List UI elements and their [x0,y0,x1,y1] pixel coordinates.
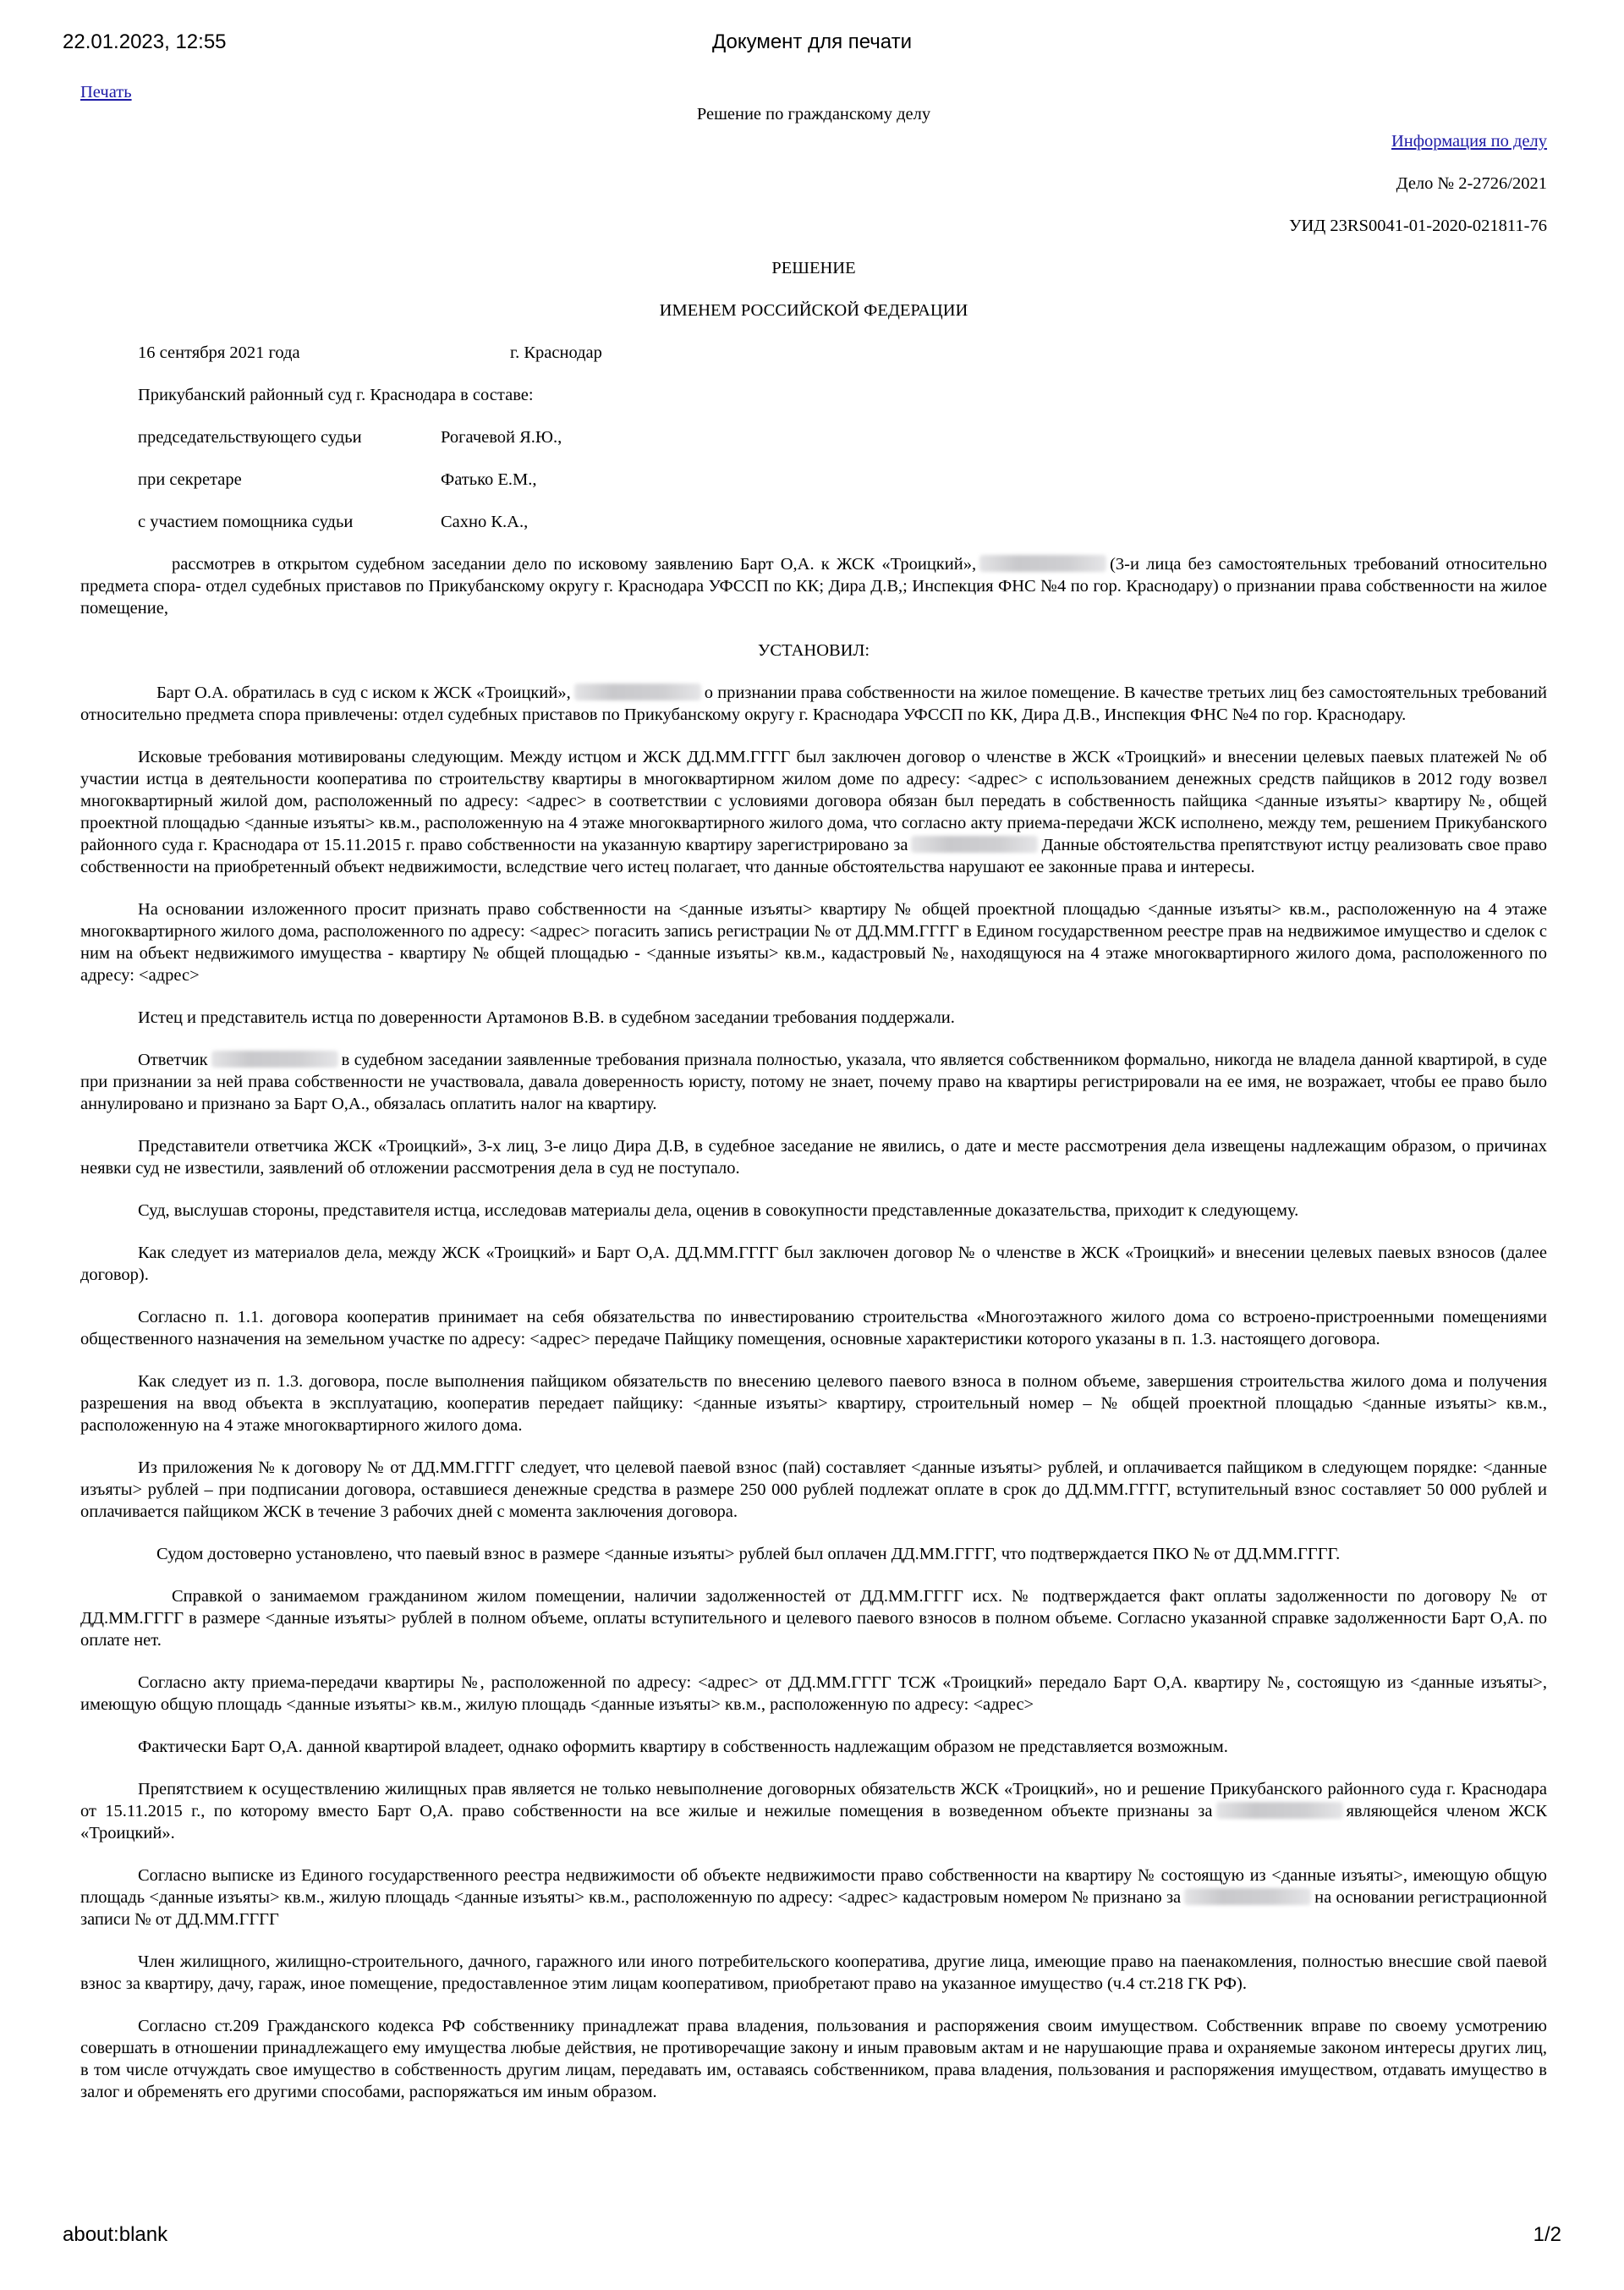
established-heading: УСТАНОВИЛ: [80,640,1547,662]
document-heading: Решение по гражданскому делу [80,103,1547,125]
redacted-name [211,1051,338,1068]
paragraph: Фактически Барт О,А. данной квартирой вл… [80,1736,1547,1758]
intro-paragraph: рассмотрев в открытом судебном заседании… [80,553,1547,619]
decision-title: РЕШЕНИЕ [80,257,1547,279]
paragraph: На основании изложенного просит признать… [80,898,1547,986]
paragraph: Барт О.А. обратилась в суд с иском к ЖСК… [80,682,1547,726]
paragraph: Представители ответчика ЖСК «Троицкий», … [80,1135,1547,1179]
document-page: Печать Решение по гражданскому делу Инфо… [80,81,1547,2123]
court-meta: 16 сентября 2021 года г. Краснодар Прику… [80,342,1547,533]
paragraph: Как следует из материалов дела, между ЖС… [80,1242,1547,1286]
redacted-name [911,836,1038,853]
composition-row: при секретаре Фатько Е.М., [138,469,1547,491]
redacted-name [979,555,1106,572]
case-uid: УИД 23RS0041-01-2020-021811-76 [80,215,1547,237]
composition-row: с участием помощника судьи Сахно К.А., [138,511,1547,533]
paragraph: Член жилищного, жилищно-строительного, д… [80,1951,1547,1995]
print-link[interactable]: Печать [80,81,1547,103]
paragraph: Судом достоверно установлено, что паевый… [80,1543,1547,1565]
paragraph: Согласно п. 1.1. договора кооператив при… [80,1306,1547,1350]
footer-page-number: 1/2 [1533,2223,1561,2247]
print-footer: about:blank 1/2 [63,2223,1561,2257]
decision-date: 16 сентября 2021 года [138,342,300,364]
paragraph: Исковые требования мотивированы следующи… [80,746,1547,878]
paragraph: Как следует из п. 1.3. договора, после в… [80,1370,1547,1436]
decision-subtitle: ИМЕНЕМ РОССИЙСКОЙ ФЕДЕРАЦИИ [80,299,1547,321]
redacted-name [1184,1888,1311,1905]
case-number: Дело № 2-2726/2021 [80,173,1547,195]
paragraph: Препятствием к осуществлению жилищных пр… [80,1778,1547,1844]
paragraph: Истец и представитель истца по доверенно… [80,1007,1547,1029]
redacted-name [1216,1802,1343,1819]
paragraph: Справкой о занимаемом гражданином жилом … [80,1585,1547,1651]
case-info-link[interactable]: Информация по делу [1391,132,1547,151]
paragraph: Согласно акту приема-передачи квартиры №… [80,1672,1547,1716]
paragraph: Из приложения № к договору № от ДД.ММ.ГГ… [80,1457,1547,1523]
paragraph: Согласно ст.209 Гражданского кодекса РФ … [80,2015,1547,2103]
redacted-name [574,684,701,700]
composition-row: председательствующего судьи Рогачевой Я.… [138,426,1547,448]
court-name: Прикубанский районный суд г. Краснодара … [138,384,534,406]
footer-url: about:blank [63,2223,167,2247]
print-header: 22.01.2023, 12:55 Документ для печати [63,30,1561,64]
paragraph: Согласно выписке из Единого государствен… [80,1864,1547,1930]
print-title: Документ для печати [63,30,1561,54]
paragraph: Суд, выслушав стороны, представителя ист… [80,1200,1547,1222]
decision-city: г. Краснодар [510,342,602,364]
paragraph: Ответчикв судебном заседании заявленные … [80,1049,1547,1115]
